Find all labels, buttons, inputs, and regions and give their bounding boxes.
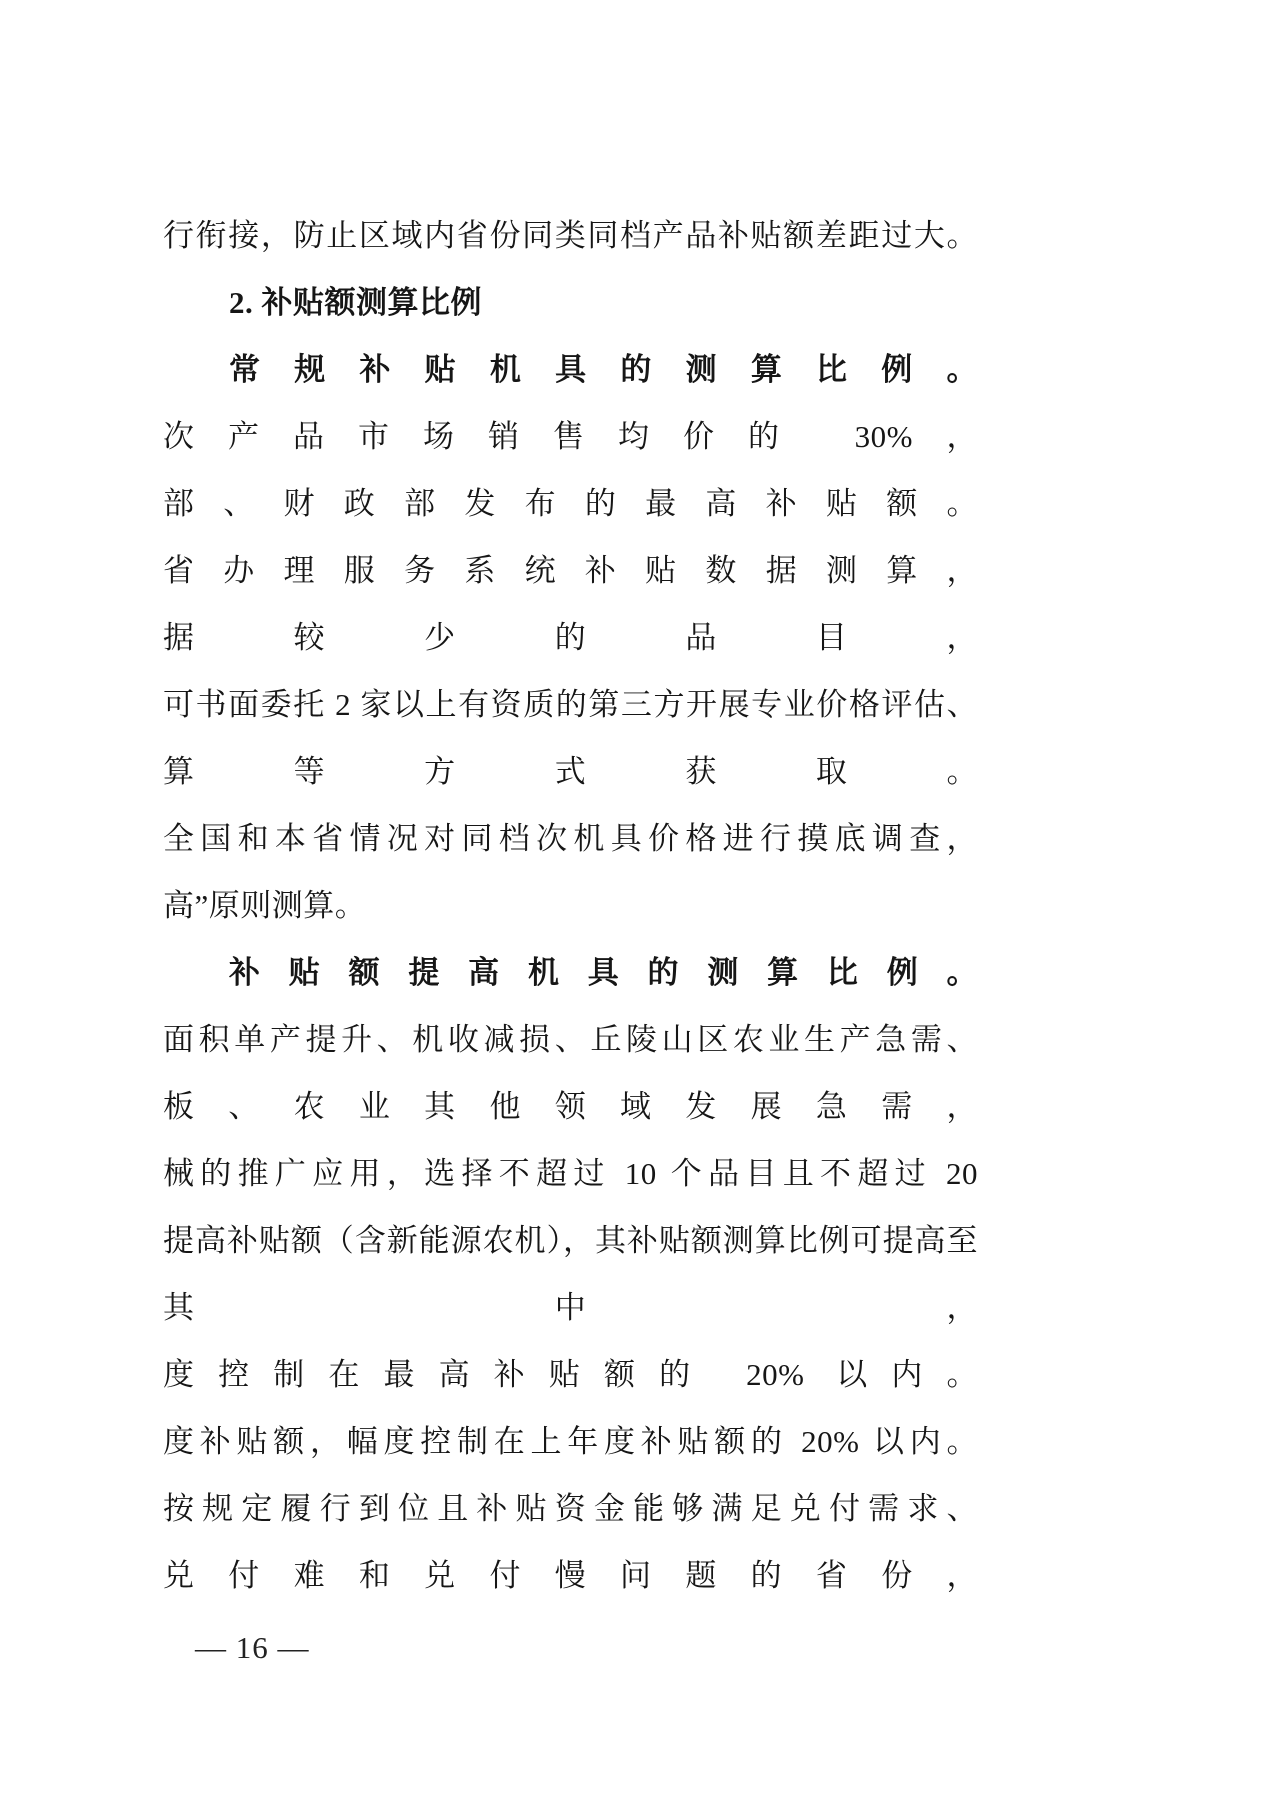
bold-text-run: 补贴额提高机具的测算比例。 <box>229 955 978 990</box>
text-run: 提高补贴额（含新能源农机），其补贴额测算比例可提高至 35%， <box>163 1223 978 1274</box>
text-run: 按规定履行到位且补贴资金能够满足兑付需求、不存在购机补贴 <box>163 1491 978 1542</box>
text-run: 面积单产提升、机收减损、丘陵山区农业生产急需、农机装备补短 <box>163 1022 978 1073</box>
text-line: 全国和本省情况对同档次机具价格进行摸底调查，按“就低不就 <box>163 805 978 872</box>
text-line: 省办理服务系统补贴数据测算，其中新增品目或上年补贴销售数 <box>163 537 978 604</box>
text-line: 高”原则测算。 <box>163 872 978 939</box>
document-body: 行衔接，防止区域内省份同类同档产品补贴额差距过大。2. 补贴额测算比例常规补贴机… <box>163 202 978 1609</box>
text-line: 算等方式获取。各省要充分考虑机具主要参数和成本情况，结合 <box>163 738 978 805</box>
text-line: 度补贴额，幅度控制在上年度补贴额的 20% 以内。省级支出责任 <box>163 1408 978 1475</box>
text-run: 可书面委托 2 家以上有资质的第三方开展专业价格评估、成本测 <box>163 687 978 738</box>
bold-text-run: 2. 补贴额测算比例 <box>229 285 482 320</box>
text-run: 兑付难和兑付慢问题的省份，可结合防灾减灾农机储备和调用制 <box>163 1558 978 1609</box>
text-line: 提高补贴额（含新能源农机），其补贴额测算比例可提高至 35%， <box>163 1207 978 1274</box>
text-line: 次产品市场销售均价的 30%，通用类机具补贴额不超过农业农村 <box>163 403 978 470</box>
page-number: — 16 — <box>195 1628 310 1668</box>
text-line: 其中，涉及的通用类品目机具可高于中央财政资金最高补贴额，幅 <box>163 1274 978 1341</box>
text-line: 按规定履行到位且补贴资金能够满足兑付需求、不存在购机补贴 <box>163 1475 978 1542</box>
text-run: 部、财政部发布的最高补贴额。上年市场销售均价原则上通过本 <box>163 486 978 537</box>
text-line: 据较少的品目，其相关档次市场销售均价可通过市场调查获取，也 <box>163 604 978 671</box>
text-line: 补贴额提高机具的测算比例。各省可围绕粮油等主要作物大 <box>163 939 978 1006</box>
text-run: 行衔接，防止区域内省份同类同档产品补贴额差距过大。 <box>163 218 978 253</box>
bold-text-run: 常规补贴机具的测算比例。 <box>229 352 978 387</box>
text-line: 械的推广应用，选择不超过 10 个品目且不超过 20 个档次的产品 <box>163 1140 978 1207</box>
text-run: 度控制在最高补贴额的 20% 以内。非通用类品目机具可高于上年 <box>163 1357 978 1408</box>
text-line: 常规补贴机具的测算比例。补贴额测算比例不超过上年同档 <box>163 336 978 403</box>
text-line: 可书面委托 2 家以上有资质的第三方开展专业价格评估、成本测 <box>163 671 978 738</box>
text-run: 次产品市场销售均价的 30%，通用类机具补贴额不超过农业农村 <box>163 419 978 470</box>
text-run: 据较少的品目，其相关档次市场销售均价可通过市场调查获取，也 <box>163 620 978 671</box>
text-line: 行衔接，防止区域内省份同类同档产品补贴额差距过大。 <box>163 202 978 269</box>
text-run: 度补贴额，幅度控制在上年度补贴额的 20% 以内。省级支出责任 <box>163 1424 978 1475</box>
text-run: 全国和本省情况对同档次机具价格进行摸底调查，按“就低不就 <box>163 821 978 872</box>
text-run: 高”原则测算。 <box>163 888 366 923</box>
text-line: 2. 补贴额测算比例 <box>163 269 978 336</box>
text-line: 部、财政部发布的最高补贴额。上年市场销售均价原则上通过本 <box>163 470 978 537</box>
text-run: 械的推广应用，选择不超过 10 个品目且不超过 20 个档次的产品 <box>163 1156 978 1207</box>
text-run: 板、农业其他领域发展急需，以及事关国家重大战略实施的农业机 <box>163 1089 978 1140</box>
text-line: 度控制在最高补贴额的 20% 以内。非通用类品目机具可高于上年 <box>163 1341 978 1408</box>
text-line: 兑付难和兑付慢问题的省份，可结合防灾减灾农机储备和调用制 <box>163 1542 978 1609</box>
document-page: 行衔接，防止区域内省份同类同档产品补贴额差距过大。2. 补贴额测算比例常规补贴机… <box>0 0 1280 1810</box>
text-run: 其中，涉及的通用类品目机具可高于中央财政资金最高补贴额，幅 <box>163 1290 978 1341</box>
text-run: 省办理服务系统补贴数据测算，其中新增品目或上年补贴销售数 <box>163 553 978 604</box>
text-line: 板、农业其他领域发展急需，以及事关国家重大战略实施的农业机 <box>163 1073 978 1140</box>
text-run: 算等方式获取。各省要充分考虑机具主要参数和成本情况，结合 <box>163 754 978 805</box>
text-line: 面积单产提升、机收减损、丘陵山区农业生产急需、农机装备补短 <box>163 1006 978 1073</box>
